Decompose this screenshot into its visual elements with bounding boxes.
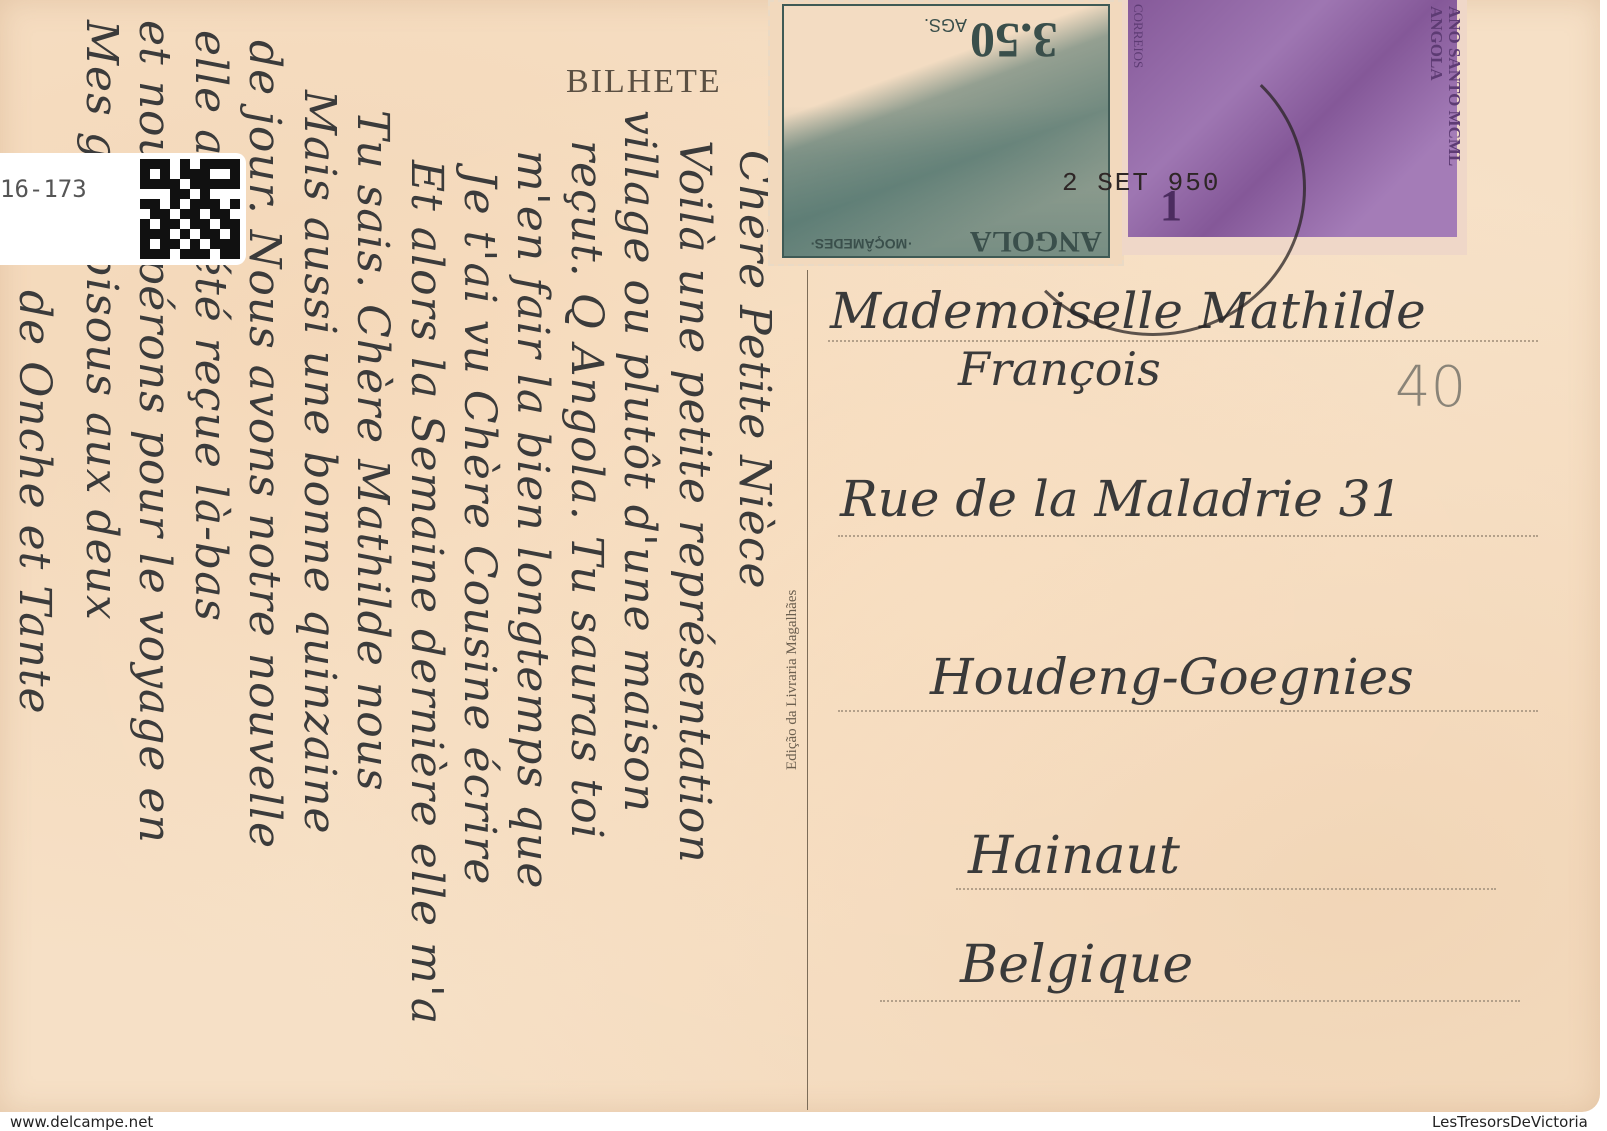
address-dotted-line <box>838 535 1538 537</box>
stamp-unit: AGS. <box>924 14 967 35</box>
postcard-back: BILHETE Chère Petite Nièce Voilà une pet… <box>0 0 1600 1112</box>
message-line: Mes gros bisous aux deux <box>76 20 127 621</box>
address-line-country: Belgique <box>960 935 1193 995</box>
address-line-town: Houdeng-Goegnies <box>930 648 1414 706</box>
address-line-province: Hainaut <box>968 826 1180 886</box>
watermark-seller: LesTresorsDeVictoria <box>1432 1113 1588 1131</box>
message-line: m'en fair la bien longtemps que <box>507 150 558 889</box>
message-line: Et alors la Semaine dernière elle m'a <box>401 160 452 1025</box>
address-line-street: Rue de la Maladrie 31 <box>840 470 1402 528</box>
message-line: de jour. Nous avons notre nouvelle <box>239 40 290 849</box>
message-line: Tu sais. Chère Mathilde nous <box>347 110 398 792</box>
qr-code-icon <box>140 159 240 259</box>
address-dotted-line <box>956 888 1496 890</box>
center-divider <box>807 270 808 1110</box>
pencil-price-mark: 40 <box>1395 355 1466 420</box>
inventory-code: 16-173 <box>0 175 87 203</box>
inventory-label: 16-173 <box>0 153 246 265</box>
watermark-delcampe: www.delcampe.net <box>10 1113 153 1131</box>
address-line-surname: François <box>958 342 1161 396</box>
message-line: reçut. Q Angola. Tu sauras toi <box>561 140 612 840</box>
message-line: et nous espérons pour le voyage en <box>129 20 180 844</box>
stamp-value: 3.50 <box>970 12 1058 70</box>
bilhete-header: BILHETE <box>566 63 722 101</box>
message-line: Voilà une petite représentation <box>669 140 720 864</box>
message-line: de Onche et Tante <box>9 290 60 715</box>
message-line: Je t'ai vu Chère Cousine écrire <box>454 170 505 885</box>
stamp-country: ANGOLA <box>1426 6 1446 81</box>
message-line: Mais aussi une bonne quinzaine <box>294 90 345 835</box>
message-line: village ou plutôt d'une maison <box>614 110 665 813</box>
stamp-place: ·MOÇÂMEDES· <box>810 236 912 252</box>
postmark-date: 2 SET 950 <box>1062 168 1220 198</box>
address-dotted-line <box>828 340 1538 342</box>
message-line: elle aura été reçue là-bas <box>185 30 236 622</box>
address-dotted-line <box>880 1000 1520 1002</box>
address-dotted-line <box>838 710 1538 712</box>
edition-imprint: Edição da Livraria Magalhães <box>784 590 801 770</box>
stamp-side-text: ANO SANTO MCML <box>1444 6 1464 166</box>
